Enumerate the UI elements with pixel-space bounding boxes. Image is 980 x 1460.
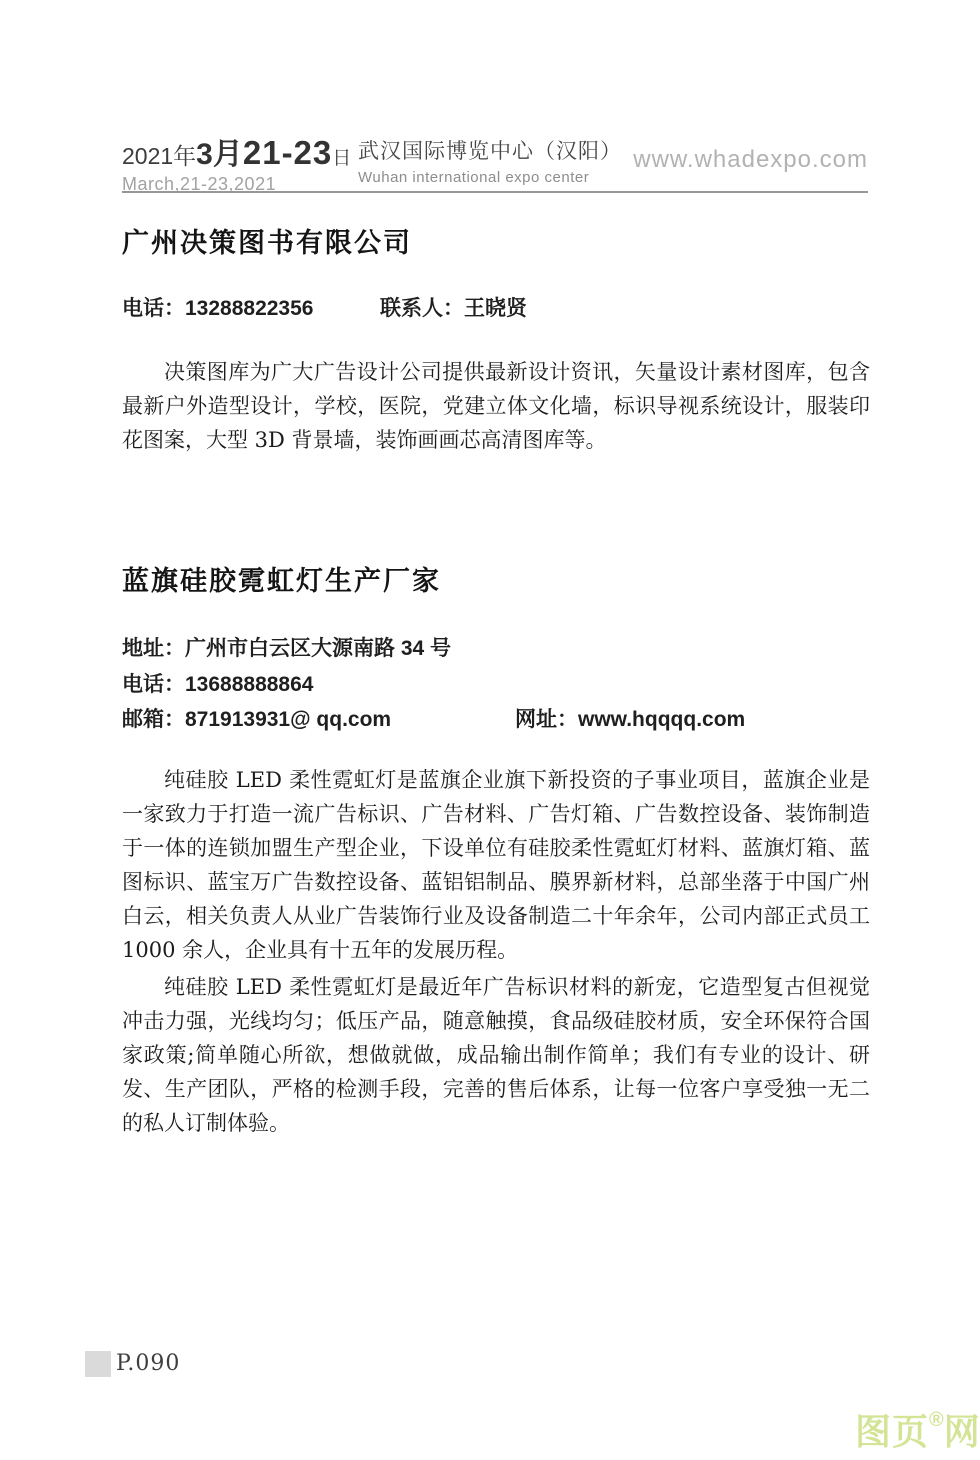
company1-contact-row: 电话：13288822356 联系人：王晓贤	[122, 292, 870, 322]
address-label: 地址：	[122, 637, 185, 660]
phone-label: 电话：	[122, 673, 185, 696]
venue-name-cn: 武汉国际博览中心（汉阳）	[358, 135, 622, 165]
company2-email-row: 邮箱：871913931@ qq.com 网址：www.hqqqq.com	[122, 703, 870, 733]
company2-website: 网址：www.hqqqq.com	[515, 703, 745, 733]
company2-phone-row: 电话：13688888864	[122, 668, 870, 698]
expo-date-cn: 2021年 3月 21-23 日	[122, 129, 351, 173]
website-value: www.hqqqq.com	[578, 708, 745, 731]
company2-email: 邮箱：871913931@ qq.com	[122, 708, 391, 731]
watermark-text-right: 网	[944, 1411, 980, 1452]
company2-name: 蓝旗硅胶霓虹灯生产厂家	[122, 559, 441, 598]
page-marker-square	[85, 1351, 111, 1377]
company2-paragraph-1: 纯硅胶 LED 柔性霓虹灯是蓝旗企业旗下新投资的子事业项目，蓝旗企业是一家致力于…	[122, 763, 870, 967]
phone-label: 电话：	[122, 297, 185, 320]
company2-description: 纯硅胶 LED 柔性霓虹灯是蓝旗企业旗下新投资的子事业项目，蓝旗企业是一家致力于…	[122, 763, 870, 1140]
expo-venue-block: 武汉国际博览中心（汉阳） Wuhan international expo ce…	[358, 135, 622, 186]
registered-trademark-icon: ®	[929, 1409, 944, 1431]
email-label: 邮箱：	[122, 708, 185, 731]
watermark-text-left: 图页	[855, 1411, 929, 1452]
watermark-logo: 图页®网	[855, 1404, 980, 1455]
address-value: 广州市白云区大源南路 34 号	[185, 637, 451, 660]
contact-value: 王晓贤	[464, 297, 527, 320]
company2-paragraph-2: 纯硅胶 LED 柔性霓虹灯是最近年广告标识材料的新宠，它造型复古但视觉冲击力强，…	[122, 970, 870, 1140]
phone-value: 13288822356	[185, 297, 313, 320]
email-value: 871913931@ qq.com	[185, 708, 391, 731]
phone-value: 13688888864	[185, 673, 313, 696]
expo-date-block: 2021年 3月 21-23 日 March,21-23,2021	[122, 129, 351, 195]
company1-name: 广州决策图书有限公司	[122, 221, 412, 260]
company1-description: 决策图库为广大广告设计公司提供最新设计资讯，矢量设计素材图库，包含最新户外造型设…	[122, 355, 870, 457]
company1-contact-person: 联系人：王晓贤	[380, 292, 527, 322]
date-year: 2021年	[122, 138, 196, 171]
company1-paragraph: 决策图库为广大广告设计公司提供最新设计资讯，矢量设计素材图库，包含最新户外造型设…	[122, 355, 870, 457]
page-number: P.090	[116, 1351, 180, 1376]
company2-address-row: 地址：广州市白云区大源南路 34 号	[122, 632, 870, 662]
date-day-suffix: 日	[332, 143, 351, 170]
venue-name-en: Wuhan international expo center	[358, 169, 622, 186]
date-days: 21-23	[243, 134, 332, 172]
date-month: 3月	[196, 129, 243, 173]
website-label: 网址：	[515, 708, 578, 731]
company1-phone: 电话：13288822356	[122, 297, 313, 320]
catalog-page: 2021年 3月 21-23 日 March,21-23,2021 武汉国际博览…	[0, 0, 980, 1460]
expo-website-url: www.whadexpo.com	[633, 146, 868, 174]
header-divider-line	[122, 191, 868, 193]
contact-label: 联系人：	[380, 297, 464, 320]
